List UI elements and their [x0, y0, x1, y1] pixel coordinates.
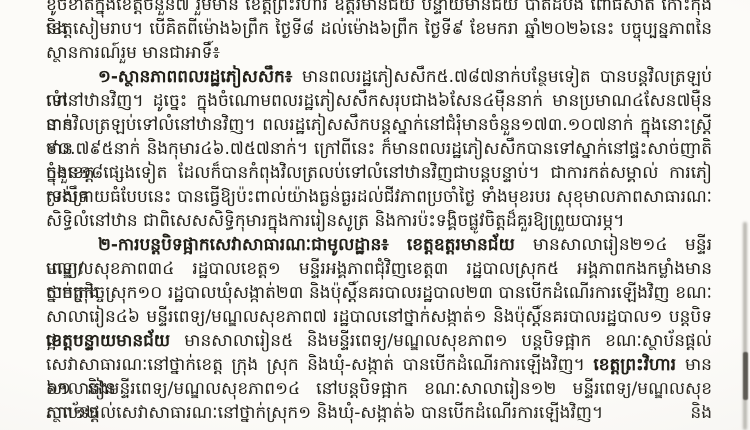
text-line: សេវាសាធារណៈនៅថ្នាក់ខេត្ត ក្រុង ស្រុក និង… [46, 353, 712, 377]
text-segment: សេវាសាធារណៈនៅថ្នាក់ខេត្ត ក្រុង ស្រុក និង… [46, 355, 593, 375]
text-segment: ស្ថាប័នផ្តល់សេវាសាធារណៈនៅថ្នាក់ស្រុក១ និ… [46, 403, 603, 423]
bold-text-segment: ១-ស្ថានភាពពលរដ្ឋភៀសសឹក៖ [98, 67, 302, 87]
text-line: បានវិលត្រឡប់ទៅលំនៅឋានវិញ។ ពលរដ្ឋភៀសសឹកបន… [46, 113, 712, 137]
text-line: ទ្រង់ទ្រាយធំបែបនេះ បានធ្វើឱ្យប៉ះពាល់យ៉ាង… [46, 185, 712, 209]
text-segment: ទ្រង់ទ្រាយធំបែបនេះ បានធ្វើឱ្យប៉ះពាល់យ៉ាង… [46, 187, 712, 207]
bold-text-segment: ២-ការបន្តបិទផ្អាកសេវាសាធារណៈជាមូលដ្ឋាន៖ [98, 235, 407, 255]
text-line: ស្ថានការណ៍រួម មានជាអាទិ៍៖ [46, 41, 712, 65]
text-line: ៦១ និងមន្ទីរពេទ្យ/មណ្ឌលសុខភាព១៤ នៅបន្តបិ… [46, 377, 712, 401]
text-line: លំនៅឋានវិញ។ ដូច្នេះ ក្នុងចំណោមពលរដ្ឋភៀសស… [46, 89, 712, 113]
text-line: សាលារៀន៤៦ មន្ទីរពេទ្យ/មណ្ឌលសុខភាព៧ រដ្ឋប… [46, 305, 712, 329]
text-line: ថ្នាក់ក្រុង ស្រុក១០ រដ្ឋបាលឃុំសង្កាត់២៣ … [46, 281, 712, 305]
bold-text-segment: ខេត្តព្រះវិហារ [593, 355, 685, 375]
document-page: ខូចខាតក្នុងខេត្តចំនួន៧ រួមមាន ខេត្តព្រះវ… [0, 0, 750, 430]
bold-text-segment: ខេត្តបន្ទាយមានជ័យ [46, 331, 184, 351]
text-line: ខេត្តសៀមរាប។ បើគិតពីម៉ោង៦ព្រឹក ថ្ងៃទី៨ ដ… [46, 17, 712, 41]
document-text: ខូចខាតក្នុងខេត្តចំនួន៧ រួមមាន ខេត្តព្រះវ… [46, 0, 712, 425]
text-segment: ខេត្តសៀមរាប។ បើគិតពីម៉ោង៦ព្រឹក ថ្ងៃទី៨ ដ… [46, 19, 712, 39]
text-line: ខូចខាតក្នុងខេត្តចំនួន៧ រួមមាន ខេត្តព្រះវ… [46, 0, 712, 17]
text-segment: ស្ថានការណ៍រួម មានជាអាទិ៍៖ [46, 43, 220, 63]
scan-edge-streak-dark [743, 352, 748, 400]
text-line: ចំនួន១៨ផ្សេងទៀត ដែលក៏បានកំពុងវិលត្រលប់ទៅ… [46, 161, 712, 185]
text-line: ១-ស្ថានភាពពលរដ្ឋភៀសសឹក៖ មានពលរដ្ឋភៀសសឹក៥… [46, 65, 712, 89]
text-segment: មានសាលារៀន៥ និងមន្ទីរពេទ្យ/មណ្ឌលសុខភាព១ … [184, 331, 712, 351]
text-segment: សិទ្ធិលំនៅឋាន ជាពិសេសសិទ្ធិកុមារក្នុងការ… [46, 211, 625, 231]
text-line: ២-ការបន្តបិទផ្អាកសេវាសាធារណៈជាមូលដ្ឋាន៖ … [46, 233, 712, 257]
text-line: ៩០.៧៩៥នាក់ និងកុមារ៤៦.៧៥៧នាក់។ ក្រៅពីនេះ… [46, 137, 712, 161]
text-line: សិទ្ធិលំនៅឋាន ជាពិសេសសិទ្ធិកុមារក្នុងការ… [46, 209, 712, 233]
text-segment: ថ្នាក់ក្រុង ស្រុក១០ រដ្ឋបាលឃុំសង្កាត់២៣ … [46, 283, 712, 303]
text-line: មណ្ឌលសុខភាព៣៤ រដ្ឋបាលខេត្ត១ មន្ទីរអង្គភា… [46, 257, 712, 281]
text-line: ខេត្តបន្ទាយមានជ័យ មានសាលារៀន៥ និងមន្ទីរព… [46, 329, 712, 353]
bold-text-segment: ខេត្តឧត្តរមានជ័យ [407, 235, 533, 255]
